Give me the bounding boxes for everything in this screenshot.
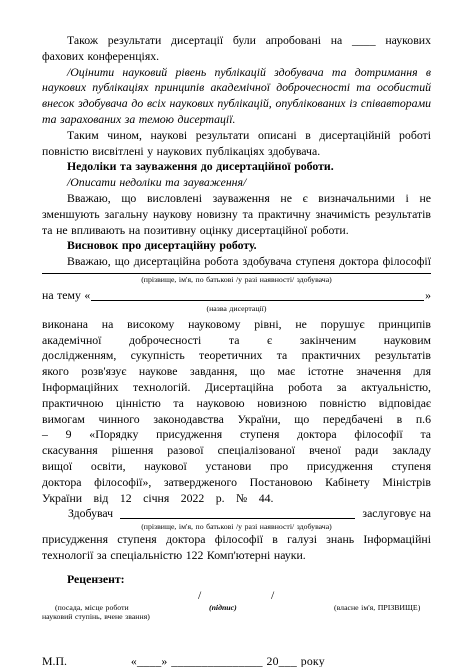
position-caption-line1: (посада, місце роботи: [42, 603, 192, 613]
date-blank-line[interactable]: «____» _______________ 20___ року: [131, 654, 325, 667]
topic-row: на тему « »: [42, 288, 431, 304]
heading-shortcomings: Недоліки та зауваження до дисертаційної …: [42, 159, 431, 175]
heading-reviewer: Рецензент:: [42, 572, 431, 588]
applicant-name-caption: (прізвище, ім'я, по батькові /у разі ная…: [42, 275, 431, 285]
topic-caption: (назва дисертації): [42, 304, 431, 314]
applicant-blank-line[interactable]: [120, 518, 355, 519]
paragraph-approbation: Також результати дисертації були апробов…: [42, 33, 431, 65]
topic-close-quote: »: [425, 288, 431, 304]
signature-slash-left: /: [198, 588, 201, 604]
reviewer-name-caption: (власне ім'я, ПРІЗВИЩЕ): [334, 603, 420, 613]
seal-label: М.П.: [42, 654, 67, 667]
paragraph-remarks: Вважаю, що висловлені зауваження не є ви…: [42, 191, 431, 238]
position-caption: (посада, місце роботи науковий ступінь, …: [42, 603, 192, 622]
applicant-name-blank-line[interactable]: [42, 273, 431, 274]
topic-blank-line[interactable]: [91, 300, 424, 301]
paragraph-shortcomings-instruction: /Описати недоліки та зауваження/: [42, 175, 431, 191]
signature-slash-right: /: [271, 588, 274, 604]
heading-conclusion: Висновок про дисертаційну роботу.: [42, 238, 431, 254]
document-page: Також результати дисертації були апробов…: [0, 0, 468, 667]
topic-label: на тему «: [42, 288, 90, 304]
paragraph-publications-instruction: /Оцінити науковий рівень публікацій здоб…: [42, 65, 431, 128]
paragraph-publications-summary: Таким чином, наукові результати описані …: [42, 128, 431, 160]
deserves-label: заслуговує на: [356, 506, 431, 522]
applicant-blank-caption: (прізвище, ім'я, по батькові /у разі ная…: [42, 522, 431, 532]
signature-caption: (підпис): [209, 603, 237, 613]
paragraph-evaluation: виконана на високому науковому рівні, не…: [42, 317, 431, 507]
footer-row: М.П. «____» _______________ 20___ року: [42, 654, 431, 667]
applicant-label: Здобувач: [42, 506, 119, 522]
applicant-row: Здобувач заслуговує на: [42, 506, 431, 522]
paragraph-conclusion-intro: Вважаю, що дисертаційна робота здобувача…: [42, 254, 431, 270]
paragraph-award: присудження ступеня доктора філософії в …: [42, 532, 431, 564]
position-caption-line2: науковий ступінь, вчене звання): [42, 612, 192, 622]
signature-block: / / (посада, місце роботи науковий ступі…: [42, 588, 431, 634]
